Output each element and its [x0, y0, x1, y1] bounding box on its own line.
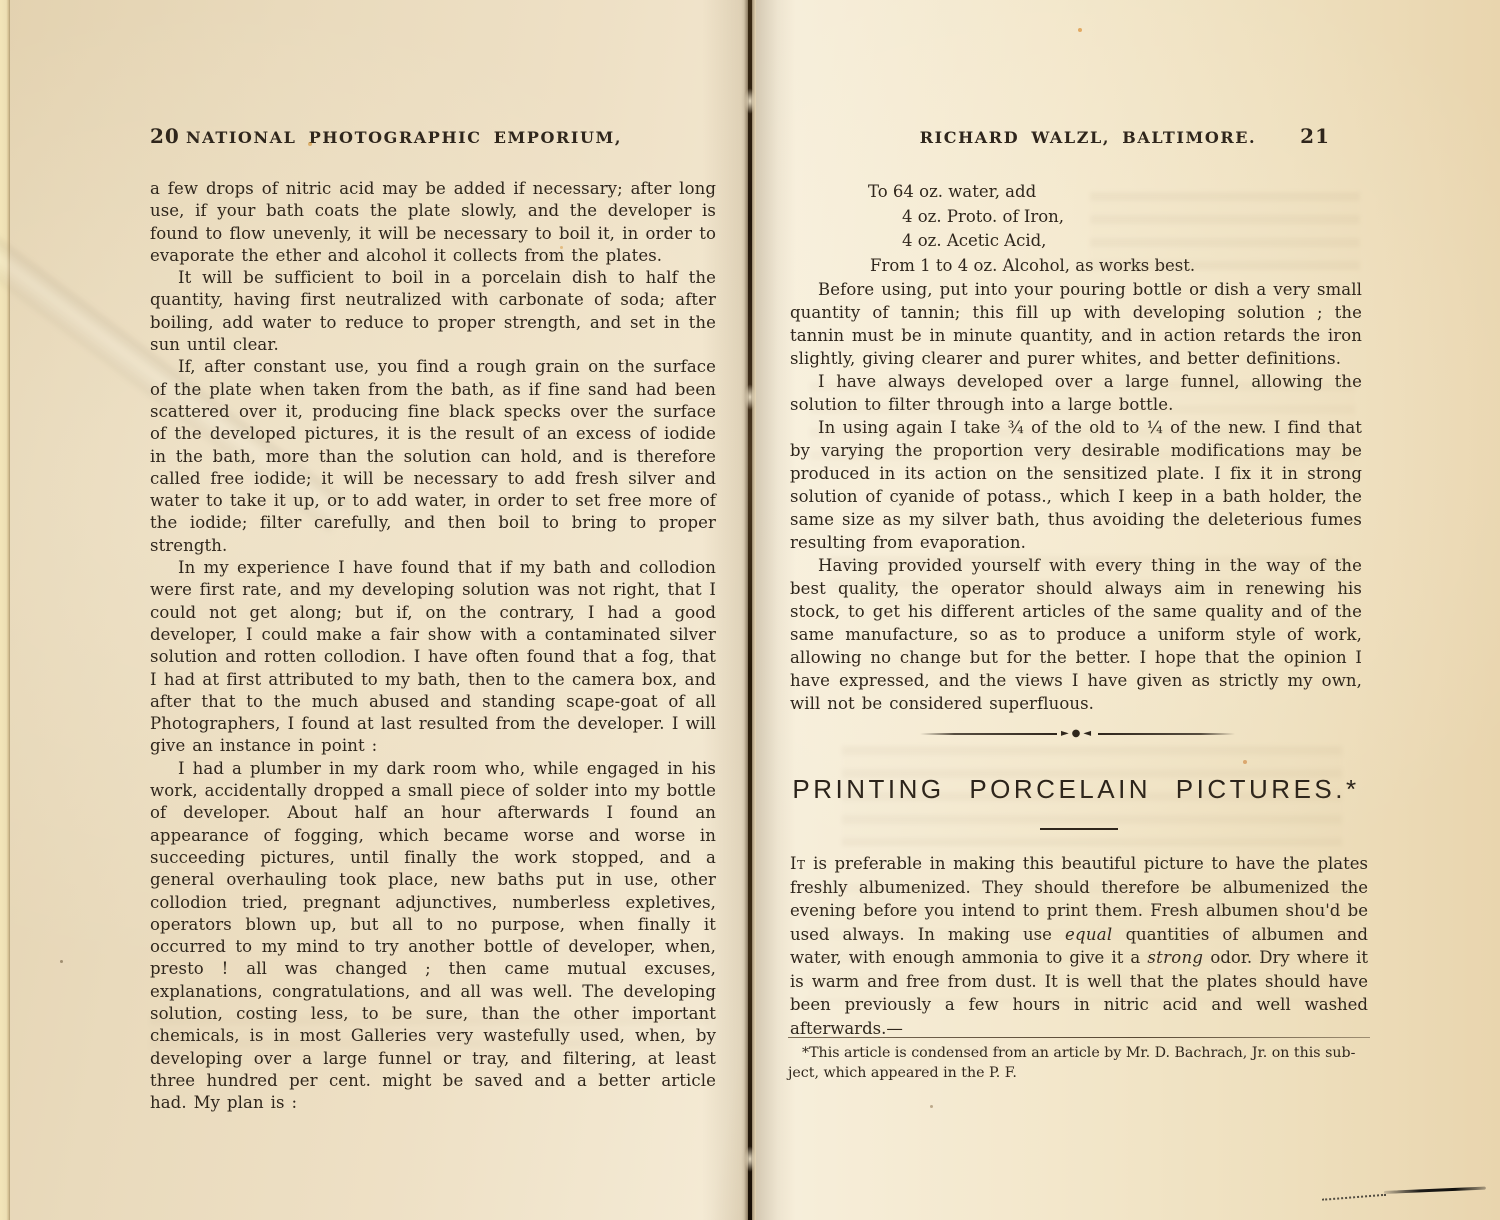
book-spread-scan: 20 NATIONAL PHOTOGRAPHIC EMPORIUM, a few… — [0, 0, 1500, 1220]
paragraph: I have always developed over a large fun… — [790, 370, 1362, 416]
running-header-right: RICHARD WALZL, BALTIMORE. — [756, 128, 1500, 152]
paragraph: In my experience I have found that if my… — [150, 557, 716, 758]
recipe-line: From 1 to 4 oz. Alcohol, as works best. — [790, 254, 1362, 279]
ink-smudge-dots — [1322, 1194, 1386, 1201]
book-gutter — [744, 0, 756, 1220]
gutter-dent — [744, 1146, 756, 1172]
italic-word: strong — [1147, 948, 1203, 967]
footnote-rule — [788, 1037, 1370, 1038]
right-page-text-column: Before using, put into your pouring bott… — [790, 278, 1362, 715]
page-edge-strip — [0, 0, 10, 1220]
page-number-right: 21 — [1300, 124, 1330, 148]
recipe-line: 4 oz. Acetic Acid, — [790, 229, 1362, 254]
recipe-line: 4 oz. Proto. of Iron, — [790, 205, 1362, 230]
developer-recipe: To 64 oz. water, add 4 oz. Proto. of Iro… — [790, 180, 1362, 278]
left-page: 20 NATIONAL PHOTOGRAPHIC EMPORIUM, a few… — [0, 0, 748, 1220]
divider-center-icon: ►●◄ — [1057, 729, 1098, 739]
left-page-text-column: a few drops of nitric acid may be added … — [150, 178, 716, 1114]
section-heading: PRINTING PORCELAIN PICTURES.* — [790, 774, 1362, 805]
footnote-line: *This article is condensed from an artic… — [788, 1044, 1370, 1064]
section-divider-ornament: ►●◄ — [920, 726, 1235, 742]
paper-speck — [60, 960, 63, 963]
paragraph: I had a plumber in my dark room who, whi… — [150, 758, 716, 1115]
footnote: *This article is condensed from an artic… — [788, 1044, 1370, 1083]
paragraph: If, after constant use, you find a rough… — [150, 356, 716, 557]
porcelain-intro-paragraph: It is preferable in making this beautifu… — [790, 852, 1368, 1040]
gutter-dent — [744, 384, 756, 410]
lead-word: It — [790, 854, 806, 873]
footnote-line: ject, which appeared in the P. F. — [788, 1064, 1370, 1084]
paragraph: It will be sufficient to boil in a porce… — [150, 267, 716, 356]
recipe-line: To 64 oz. water, add — [790, 180, 1362, 205]
gutter-binding-line — [748, 0, 752, 1220]
gutter-dent — [744, 88, 756, 114]
heading-underline-rule — [1040, 828, 1118, 830]
ink-smudge-line — [1384, 1187, 1486, 1195]
divider-line-right — [1098, 733, 1235, 735]
paragraph: Before using, put into your pouring bott… — [790, 278, 1362, 370]
paragraph: Having provided yourself with every thin… — [790, 554, 1362, 715]
italic-word: equal — [1065, 925, 1113, 944]
paragraph: a few drops of nitric acid may be added … — [150, 178, 716, 267]
paragraph: In using again I take ¾ of the old to ¼ … — [790, 416, 1362, 554]
running-header-left: NATIONAL PHOTOGRAPHIC EMPORIUM, — [0, 128, 748, 152]
divider-line-left — [920, 733, 1057, 735]
